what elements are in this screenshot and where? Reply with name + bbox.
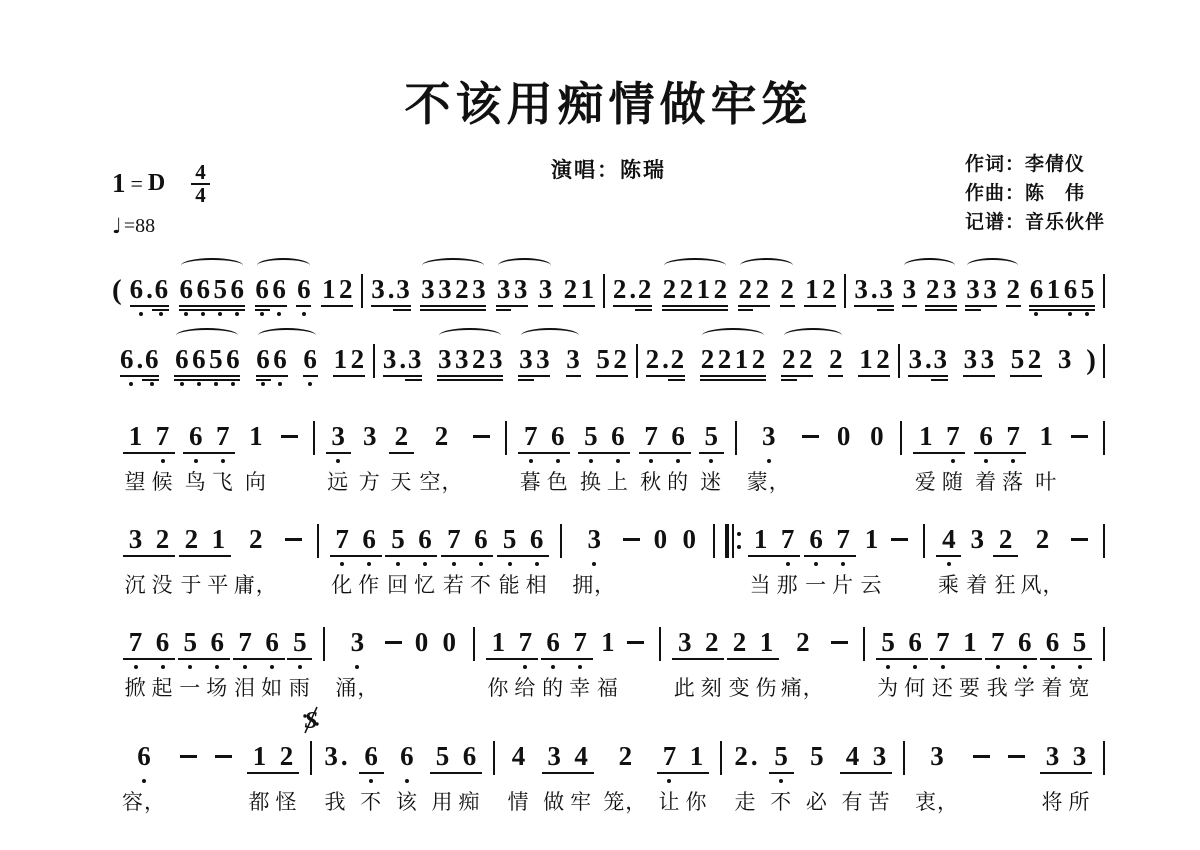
- note-unit: [1066, 421, 1093, 497]
- note: 2庸，: [234, 524, 278, 600]
- lyric-syllable: 必: [806, 787, 828, 817]
- beam-line: [646, 375, 685, 377]
- note-digit: 7: [990, 627, 1006, 657]
- low-octave-dot: [767, 459, 771, 463]
- measure: 3蒙，00: [737, 421, 901, 497]
- note-number: 2: [184, 524, 200, 554]
- duration-dash: [623, 538, 640, 541]
- note-number: 1: [734, 344, 750, 374]
- note: 6.: [129, 274, 153, 320]
- octave-dot-slot: [420, 451, 464, 467]
- note-digit: 6: [462, 741, 478, 771]
- note: 7若: [440, 524, 467, 600]
- note: 6: [195, 274, 212, 320]
- note-digit: 3: [565, 344, 581, 374]
- note: 5: [212, 274, 229, 320]
- note-number: 3: [586, 524, 602, 554]
- measure: 3.33233326165: [846, 274, 1103, 320]
- note-unit: 5为6何: [875, 627, 929, 703]
- note: 6: [229, 274, 246, 320]
- note-number: 6: [210, 627, 226, 657]
- note: 3涌，: [335, 627, 379, 703]
- note: 1: [733, 344, 750, 390]
- note-digit: 5: [208, 344, 224, 374]
- dotted-note-dot: .: [629, 274, 636, 304]
- note-number: 3: [395, 274, 411, 304]
- note-number: 3: [471, 274, 487, 304]
- note: 0: [647, 524, 674, 600]
- note-digit: 6: [196, 274, 212, 304]
- time-signature: 4 4: [191, 162, 210, 205]
- note: 3此: [671, 627, 698, 703]
- note: [210, 741, 237, 817]
- note-number: 1: [804, 274, 820, 304]
- slur-arc: [258, 328, 316, 343]
- lyric-syllable: 如: [261, 673, 283, 703]
- note: 3沉: [122, 524, 149, 600]
- note: 6如: [259, 627, 286, 703]
- note-digit: 6: [155, 627, 171, 657]
- note-digit: 2: [184, 524, 200, 554]
- note-number: 6: [179, 274, 195, 304]
- note-digit: 2: [155, 524, 171, 554]
- note-number: 3: [965, 274, 981, 304]
- note-unit: 4有3苦: [839, 741, 893, 817]
- barline-wrap: [1103, 741, 1105, 775]
- note: 4乘: [935, 524, 962, 600]
- note: 2没: [149, 524, 176, 600]
- lyric-syllable: 情: [508, 787, 530, 817]
- note: 6场: [204, 627, 231, 703]
- note-digit: 6: [272, 344, 288, 374]
- note-digit: 2: [394, 421, 410, 451]
- octave-dot-slot: [747, 451, 791, 467]
- note-unit: 52: [1009, 344, 1043, 390]
- note-number: 3: [980, 344, 996, 374]
- note: 2.: [612, 274, 636, 320]
- measure: 3.333523): [900, 344, 1103, 390]
- low-octave-dot: [188, 665, 192, 669]
- note-number: 2: [1005, 274, 1021, 304]
- note-digit: 6: [210, 627, 226, 657]
- note-number: 0: [442, 627, 458, 657]
- note-digit: 3: [454, 344, 470, 374]
- beam-line: [672, 658, 724, 660]
- note-number: 2: [338, 274, 354, 304]
- note-digit: 1: [600, 627, 616, 657]
- measure: 2.2221222212: [605, 274, 845, 320]
- lyric-syllable: 爱: [915, 467, 937, 497]
- note-number: 7: [835, 524, 851, 554]
- note-digit: 4: [573, 741, 589, 771]
- note-number: 7: [1005, 421, 1021, 451]
- note: 6: [271, 274, 288, 320]
- lyric-syllable: 候: [152, 467, 174, 497]
- note-digit: 6: [188, 421, 204, 451]
- note-digit: [623, 627, 648, 657]
- note-digit: 2: [779, 274, 795, 304]
- beam-line: [985, 658, 1037, 660]
- beam-line: [781, 375, 813, 377]
- note: 3.: [853, 274, 877, 320]
- note-unit: 66: [255, 344, 289, 390]
- note-number: 6: [272, 344, 288, 374]
- note-number: 5: [773, 741, 789, 771]
- note-digit: 3: [546, 741, 562, 771]
- beam-line: [840, 772, 892, 774]
- note-unit: 12: [320, 274, 354, 320]
- beam-line: [174, 375, 240, 377]
- low-octave-dot: [578, 665, 582, 669]
- octave-dot-slot: [1033, 451, 1060, 467]
- note-unit: 0: [863, 421, 890, 497]
- score-line: 1望7候6鸟7飞1向3远3方2天2空，7暮6色5换6上7秋6的5迷3蒙，001爱…: [112, 421, 1105, 497]
- note-digit: 3: [128, 524, 144, 554]
- duration-dash: [385, 641, 402, 644]
- beam-line: [123, 452, 175, 454]
- note-unit: 12: [857, 344, 891, 390]
- octave-dot-slot: [603, 771, 647, 787]
- note-number: 2: [875, 344, 891, 374]
- note-digit: 7: [643, 421, 659, 451]
- note: 7随: [939, 421, 966, 497]
- beam-line: [662, 305, 728, 307]
- note-unit: 5不: [768, 741, 795, 817]
- note-number: 3: [518, 344, 534, 374]
- duration-dash: [802, 435, 819, 438]
- note: 5雨: [286, 627, 313, 703]
- note: 7飞: [209, 421, 236, 497]
- beam-line: [639, 452, 691, 454]
- note-number: 6: [225, 344, 241, 374]
- measure: 7化6作5回6忆7若6不5能6相: [319, 524, 561, 600]
- beam-line-2: [405, 379, 422, 381]
- note-number: 3: [963, 344, 979, 374]
- low-octave-dot: [1034, 312, 1038, 316]
- note: 3苦: [866, 741, 893, 817]
- beam-line-2: [925, 309, 957, 311]
- note: 6的: [665, 421, 692, 497]
- beam-line-2: [420, 309, 486, 311]
- duration-dash: [627, 641, 644, 644]
- low-octave-dot: [1068, 312, 1072, 316]
- note-digit: 3: [407, 344, 423, 374]
- note-digit: 3.: [323, 741, 347, 771]
- note-digit: 2: [717, 344, 733, 374]
- octave-dot-slot: [1066, 554, 1093, 570]
- measure: 4情3做4牢2笼，7让1你: [495, 741, 720, 817]
- note: 2: [750, 344, 767, 390]
- note-digit: 3: [878, 274, 894, 304]
- beam-line: [247, 772, 299, 774]
- note: 1云: [858, 524, 885, 600]
- lyric-syllable: 用: [431, 787, 453, 817]
- note-number: 2: [434, 421, 450, 451]
- note-digit: [1004, 741, 1029, 771]
- note-digit: 3: [513, 274, 529, 304]
- note-unit: [276, 421, 303, 497]
- note: 5: [207, 344, 224, 390]
- note-digit: 3: [963, 344, 979, 374]
- note-digit: 1: [128, 421, 144, 451]
- lyric-syllable: 叶: [1035, 467, 1057, 497]
- barline-wrap: [1103, 274, 1105, 308]
- singer-line: 演唱：陈瑞: [551, 154, 666, 184]
- low-octave-dot: [941, 665, 945, 669]
- lyric-syllable: 雨: [289, 673, 311, 703]
- note: 1爱: [912, 421, 939, 497]
- note-number: 2: [732, 627, 748, 657]
- note-digit: 3: [932, 344, 948, 374]
- note-number: 5: [183, 627, 199, 657]
- note-unit: 0: [436, 627, 463, 703]
- note-digit: 6: [399, 741, 415, 771]
- note-number: 3: [565, 344, 581, 374]
- note-number: 2: [737, 274, 753, 304]
- low-octave-dot: [270, 665, 274, 669]
- beam-line: [542, 772, 594, 774]
- beam-line: [566, 375, 581, 377]
- note-digit: 1: [689, 741, 705, 771]
- note-unit: 2.2: [612, 274, 653, 320]
- note-number: 5: [1072, 627, 1088, 657]
- lyric-syllable: 你: [487, 673, 509, 703]
- lyric-syllable: 要: [959, 673, 981, 703]
- lyric-syllable: 风，: [1021, 570, 1065, 600]
- lyric-syllable: 的: [542, 673, 564, 703]
- note: 1向: [242, 421, 269, 497]
- low-octave-dot: [841, 562, 845, 566]
- note: 3: [941, 274, 958, 320]
- note-unit: 33: [962, 344, 996, 390]
- note: 2天: [388, 421, 415, 497]
- note-unit: 3.3: [370, 274, 411, 320]
- note-digit: 2: [737, 274, 753, 304]
- note-digit: 6: [136, 741, 152, 771]
- beam-line: [1010, 375, 1042, 377]
- low-octave-dot: [134, 665, 138, 669]
- lyric-syllable: 苦: [868, 787, 890, 817]
- note-number: 2: [394, 421, 410, 451]
- note-number: 1: [491, 627, 507, 657]
- note: 5: [1079, 274, 1096, 320]
- beam-line: [179, 555, 231, 557]
- repeat-thick-bar: [725, 524, 729, 558]
- note: [175, 741, 202, 817]
- note-number: 5: [1080, 274, 1096, 304]
- note: 2: [562, 274, 579, 320]
- lyric-syllable: 鸟: [185, 467, 207, 497]
- note-number: 6: [129, 274, 145, 304]
- note-number: 3: [942, 274, 958, 304]
- note: 3: [436, 274, 453, 320]
- note-digit: 6: [808, 524, 824, 554]
- beam-line: [828, 375, 843, 377]
- note-unit: 33: [495, 274, 529, 320]
- note-digit: 2: [751, 344, 767, 374]
- note: 3: [565, 344, 582, 390]
- sheet-music-page: 不该用痴情做牢笼 1 = D 4 4 ♩ =88 演唱：陈瑞 作词：李倩仪 作曲…: [0, 0, 1200, 850]
- dotted-note-dot: .: [388, 274, 395, 304]
- note: 6学: [1011, 627, 1038, 703]
- note-number: 3: [535, 344, 551, 374]
- note-number: 2: [662, 274, 678, 304]
- low-octave-dot: [556, 459, 560, 463]
- beam-line-2: [781, 379, 796, 381]
- note-unit: 7秋6的: [638, 421, 692, 497]
- note-unit: 6.6: [119, 344, 160, 390]
- note-digit: 0: [653, 524, 669, 554]
- note-digit: 2: [279, 741, 295, 771]
- score-line: 7掀6起5一6场7泪6如5雨3涌，001你7给6的7幸1福3此2刻2变1伤2痛，…: [112, 627, 1105, 703]
- note-digit: 3: [1057, 344, 1073, 374]
- octave-dot-slot: [468, 451, 495, 467]
- note: 2怪: [273, 741, 300, 817]
- note: 6: [178, 274, 195, 320]
- octave-dot-slot: [210, 771, 237, 787]
- note: 4情: [505, 741, 532, 817]
- note: 1你: [485, 627, 512, 703]
- note-number: 6: [230, 274, 246, 304]
- beam-line: [854, 305, 893, 307]
- note-unit: 33: [964, 274, 998, 320]
- note-digit: 2: [637, 274, 653, 304]
- note-digit: 2: [798, 344, 814, 374]
- note: [886, 524, 913, 600]
- note-number: 7: [518, 627, 534, 657]
- note-digit: 3: [1072, 741, 1088, 771]
- low-octave-dot: [298, 665, 302, 669]
- lyric-syllable: 衷，: [915, 787, 959, 817]
- note-digit: 5: [183, 627, 199, 657]
- lyric-syllable: 做: [543, 787, 565, 817]
- note-digit: 7: [128, 627, 144, 657]
- low-octave-dot: [340, 562, 344, 566]
- note-number: 4: [511, 741, 527, 771]
- note-number: 1: [128, 421, 144, 451]
- slur-arc: [439, 328, 501, 343]
- note-number: 1: [252, 741, 268, 771]
- note-digit: 1: [1039, 421, 1055, 451]
- note-number: 2: [155, 524, 171, 554]
- note-unit: 6着7落: [973, 421, 1027, 497]
- note: 2痛，: [781, 627, 825, 703]
- note-number: 7: [662, 741, 678, 771]
- note-unit: 1福: [594, 627, 621, 703]
- octave-dot-slot: [380, 657, 407, 673]
- note-digit: 3: [980, 344, 996, 374]
- credit-transcriber: 记谱：音乐伙伴: [965, 208, 1105, 237]
- octave-dot-slot: [1056, 374, 1073, 390]
- low-octave-dot: [779, 779, 783, 783]
- note-number: 6: [174, 344, 190, 374]
- beam-line: [130, 305, 169, 307]
- beam-line: [179, 305, 245, 307]
- measure: 1你7给6的7幸1福: [475, 627, 659, 703]
- note-digit: 6: [978, 421, 994, 451]
- note-digit: 2.: [612, 274, 636, 304]
- beam-line: [538, 305, 553, 307]
- beam-line-2: [965, 309, 980, 311]
- note-digit: 5: [773, 741, 789, 771]
- note: 6: [153, 274, 170, 320]
- note-digit: 1: [252, 741, 268, 771]
- slur-arc: [740, 258, 793, 273]
- low-octave-dot: [260, 312, 264, 316]
- slur-arc: [904, 258, 955, 273]
- note: 5一: [177, 627, 204, 703]
- note: 2: [1005, 274, 1022, 320]
- key-tonic: 1: [112, 168, 126, 199]
- note-number: 2: [795, 627, 811, 657]
- note-number: 6: [144, 344, 160, 374]
- note-number: 2: [679, 274, 695, 304]
- beam-line: [287, 658, 312, 660]
- note-unit: 2于1平: [178, 524, 232, 600]
- note-number: 6: [473, 524, 489, 554]
- note-digit: 2: [1035, 524, 1051, 554]
- measure: 3拥，00: [562, 524, 713, 600]
- note: [1003, 741, 1030, 817]
- note: 7片: [830, 524, 857, 600]
- repeat-thin-bar: [732, 524, 734, 558]
- lyric-syllable: 当: [750, 570, 772, 600]
- duration-dash: [973, 755, 990, 758]
- octave-dot-slot: [505, 771, 532, 787]
- lyric-syllable: 痴: [458, 787, 480, 817]
- beam-line-2: [700, 379, 766, 381]
- note-number: 5: [208, 344, 224, 374]
- octave-dot-slot: [393, 771, 420, 787]
- note-digit: 6: [179, 274, 195, 304]
- lyric-syllable: 宽: [1069, 673, 1091, 703]
- note: 6相: [523, 524, 550, 600]
- duration-dash: [1071, 435, 1088, 438]
- note-number: 1: [333, 344, 349, 374]
- note-unit: 12: [803, 274, 837, 320]
- note-digit: [1067, 421, 1092, 451]
- beam-line: [321, 305, 353, 307]
- measure: 3此2刻2变1伤2痛，: [661, 627, 862, 703]
- note-digit: [381, 627, 406, 657]
- lyric-syllable: 化: [331, 570, 353, 600]
- note-digit: 1: [580, 274, 596, 304]
- note-digit: 3: [518, 344, 534, 374]
- note-number: 3: [872, 741, 888, 771]
- note: 1平: [205, 524, 232, 600]
- note-unit: 0: [647, 524, 674, 600]
- line-close-paren: ): [1086, 344, 1096, 376]
- meter-numerator: 4: [191, 162, 210, 185]
- note-digit: 3: [538, 274, 554, 304]
- note-unit: 2痛，: [781, 627, 825, 703]
- note-number: 2: [713, 274, 729, 304]
- low-octave-dot: [197, 382, 201, 386]
- note-digit: 2: [563, 274, 579, 304]
- note-unit: 3: [1056, 344, 1073, 390]
- note-number: 1: [753, 524, 769, 554]
- note-number: 2: [637, 274, 653, 304]
- measure: 3衷，3将3所: [905, 741, 1103, 817]
- note: [380, 627, 407, 703]
- low-octave-dot: [1085, 312, 1089, 316]
- note-digit: 2: [998, 524, 1014, 554]
- note-number: 2: [645, 344, 661, 374]
- measure: 6.6665666612: [122, 274, 362, 320]
- note-digit: 5: [213, 274, 229, 304]
- beam-line: [333, 375, 365, 377]
- note: 3: [878, 274, 895, 320]
